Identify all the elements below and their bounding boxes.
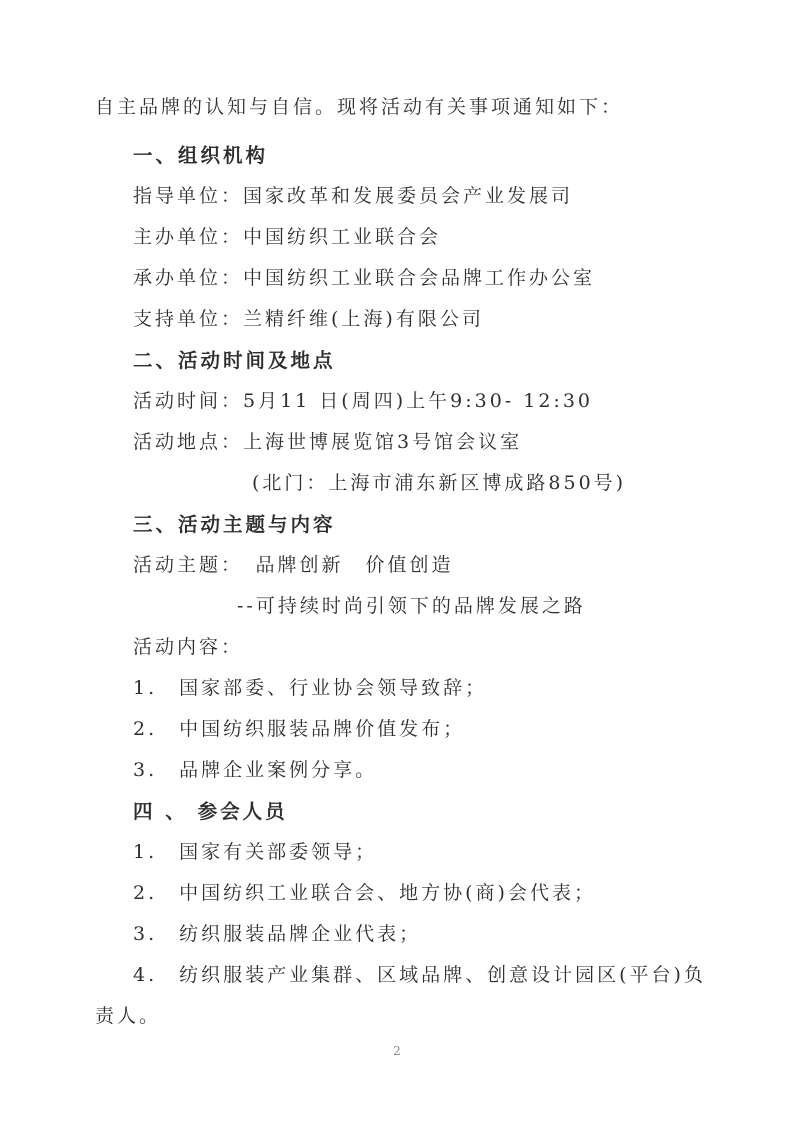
event-time-line: 活动时间：5月11 日(周四)上午9:30- 12:30 (95, 381, 750, 422)
theme-subtitle-line: --可持续时尚引领下的品牌发展之路 (237, 586, 750, 627)
agenda-item-2: 2. 中国纺织服装品牌价值发布； (95, 709, 750, 750)
event-venue-line: 活动地点：上海世博展览馆3号馆会议室 (95, 422, 750, 463)
theme-line: 活动主题： 品牌创新 价值创造 (95, 545, 750, 586)
venue-note-line: (北门：上海市浦东新区博成路850号) (252, 463, 750, 504)
guide-unit-line: 指导单位：国家改革和发展委员会产业发展司 (95, 176, 750, 217)
host-unit-line: 主办单位：中国纺织工业联合会 (95, 217, 750, 258)
attendee-item-4-line1: 4. 纺织服装产业集群、区域品牌、创意设计园区(平台)负 (95, 955, 750, 996)
support-unit-line: 支持单位：兰精纤维(上海)有限公司 (95, 299, 750, 340)
attendee-item-2: 2. 中国纺织工业联合会、地方协(商)会代表； (95, 873, 750, 914)
attendee-item-3: 3. 纺织服装品牌企业代表； (95, 914, 750, 955)
attendee-item-1: 1. 国家有关部委领导； (95, 832, 750, 873)
section2-heading: 二、活动时间及地点 (95, 340, 750, 381)
document-page: 自主品牌的认知与自信。现将活动有关事项通知如下： 一、组织机构 指导单位：国家改… (0, 0, 800, 1131)
section4-heading: 四 、 参会人员 (95, 791, 750, 832)
attendee-item-4-line2: 责人。 (95, 996, 750, 1037)
content-label-line: 活动内容： (95, 627, 750, 668)
page-number: 2 (0, 1042, 794, 1060)
section3-heading: 三、活动主题与内容 (95, 504, 750, 545)
agenda-item-3: 3. 品牌企业案例分享。 (95, 750, 750, 791)
agenda-item-1: 1. 国家部委、行业协会领导致辞； (95, 668, 750, 709)
section1-heading: 一、组织机构 (95, 135, 750, 176)
text-block: 自主品牌的认知与自信。现将活动有关事项通知如下： 一、组织机构 指导单位：国家改… (95, 87, 750, 1037)
undertake-unit-line: 承办单位：中国纺织工业联合会品牌工作办公室 (95, 258, 750, 299)
intro-paragraph: 自主品牌的认知与自信。现将活动有关事项通知如下： (95, 87, 750, 128)
